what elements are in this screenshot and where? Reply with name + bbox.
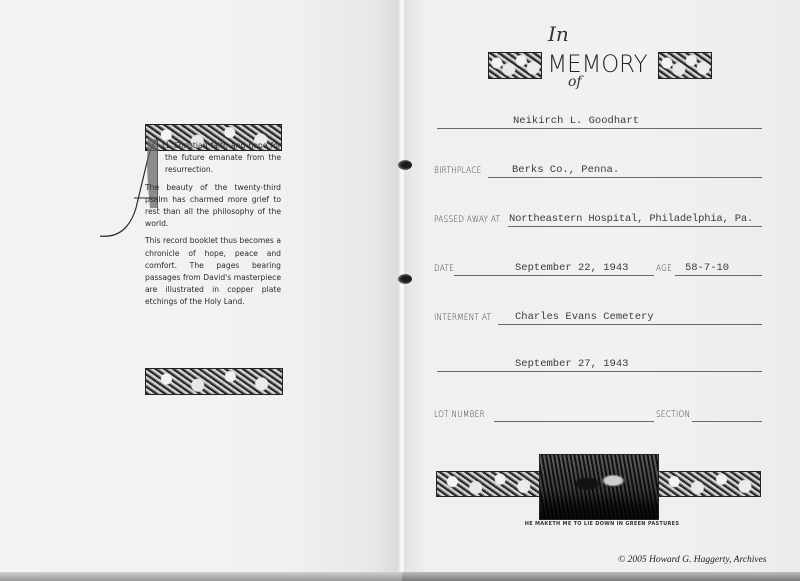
deceased-name: Neikirch L. Goodhart (513, 115, 639, 127)
interment-rule (498, 324, 762, 325)
passed-away-label: PASSED AWAY AT (434, 215, 500, 225)
date-label: DATE (434, 264, 454, 274)
intro-paragraph-2: The beauty of the twenty-third psalm has… (145, 182, 281, 231)
section-rule (692, 421, 762, 422)
birthplace-rule (488, 177, 762, 178)
title-etching-right (658, 52, 712, 79)
bottom-etching-right (658, 471, 761, 497)
binding-gutter (398, 0, 406, 575)
lot-number-label: LOT NUMBER (434, 410, 485, 420)
booklet-spread: LL Christian faith and hope for the futu… (0, 0, 800, 581)
page-title: MEMORY (543, 50, 652, 80)
floral-etching-bottom (145, 368, 283, 395)
page-bottom-edge-right (402, 572, 800, 581)
date-rule (454, 275, 654, 276)
birthplace-value: Berks Co., Penna. (512, 164, 619, 176)
age-value: 58-7-10 (685, 262, 729, 274)
age-rule (675, 275, 762, 276)
copyright-notice: © 2005 Howard G. Haggerty, Archives (618, 555, 767, 565)
bottom-etching-left (436, 471, 540, 497)
illustration-caption: HE MAKETH ME TO LIE DOWN IN GREEN PASTUR… (520, 521, 684, 527)
punch-hole-top (398, 160, 412, 170)
pastoral-scene-etching (539, 454, 659, 520)
title-suffix: of (568, 74, 582, 90)
passed-away-rule (508, 226, 762, 227)
lot-number-rule (494, 421, 654, 422)
birthplace-label: BIRTHPLACE (434, 166, 482, 176)
intro-paragraph-1: LL Christian faith and hope for the futu… (145, 140, 281, 177)
section-label: SECTION (656, 410, 690, 420)
interment-label: INTERMENT AT (434, 313, 491, 323)
passed-away-value: Northeastern Hospital, Philadelphia, Pa. (509, 213, 753, 225)
intro-paragraph-3: This record booklet thus becomes a chron… (145, 235, 281, 308)
punch-hole-bottom (398, 274, 412, 284)
intro-text: LL Christian faith and hope for the futu… (145, 140, 281, 314)
age-label: AGE (656, 264, 672, 274)
title-etching-left (488, 52, 542, 79)
name-rule (437, 128, 762, 129)
interment-date-value: September 27, 1943 (515, 358, 628, 370)
death-date-value: September 22, 1943 (515, 262, 628, 274)
interment-value: Charles Evans Cemetery (515, 311, 654, 323)
interment-date-rule (437, 371, 762, 372)
title-prefix: In (548, 22, 569, 46)
